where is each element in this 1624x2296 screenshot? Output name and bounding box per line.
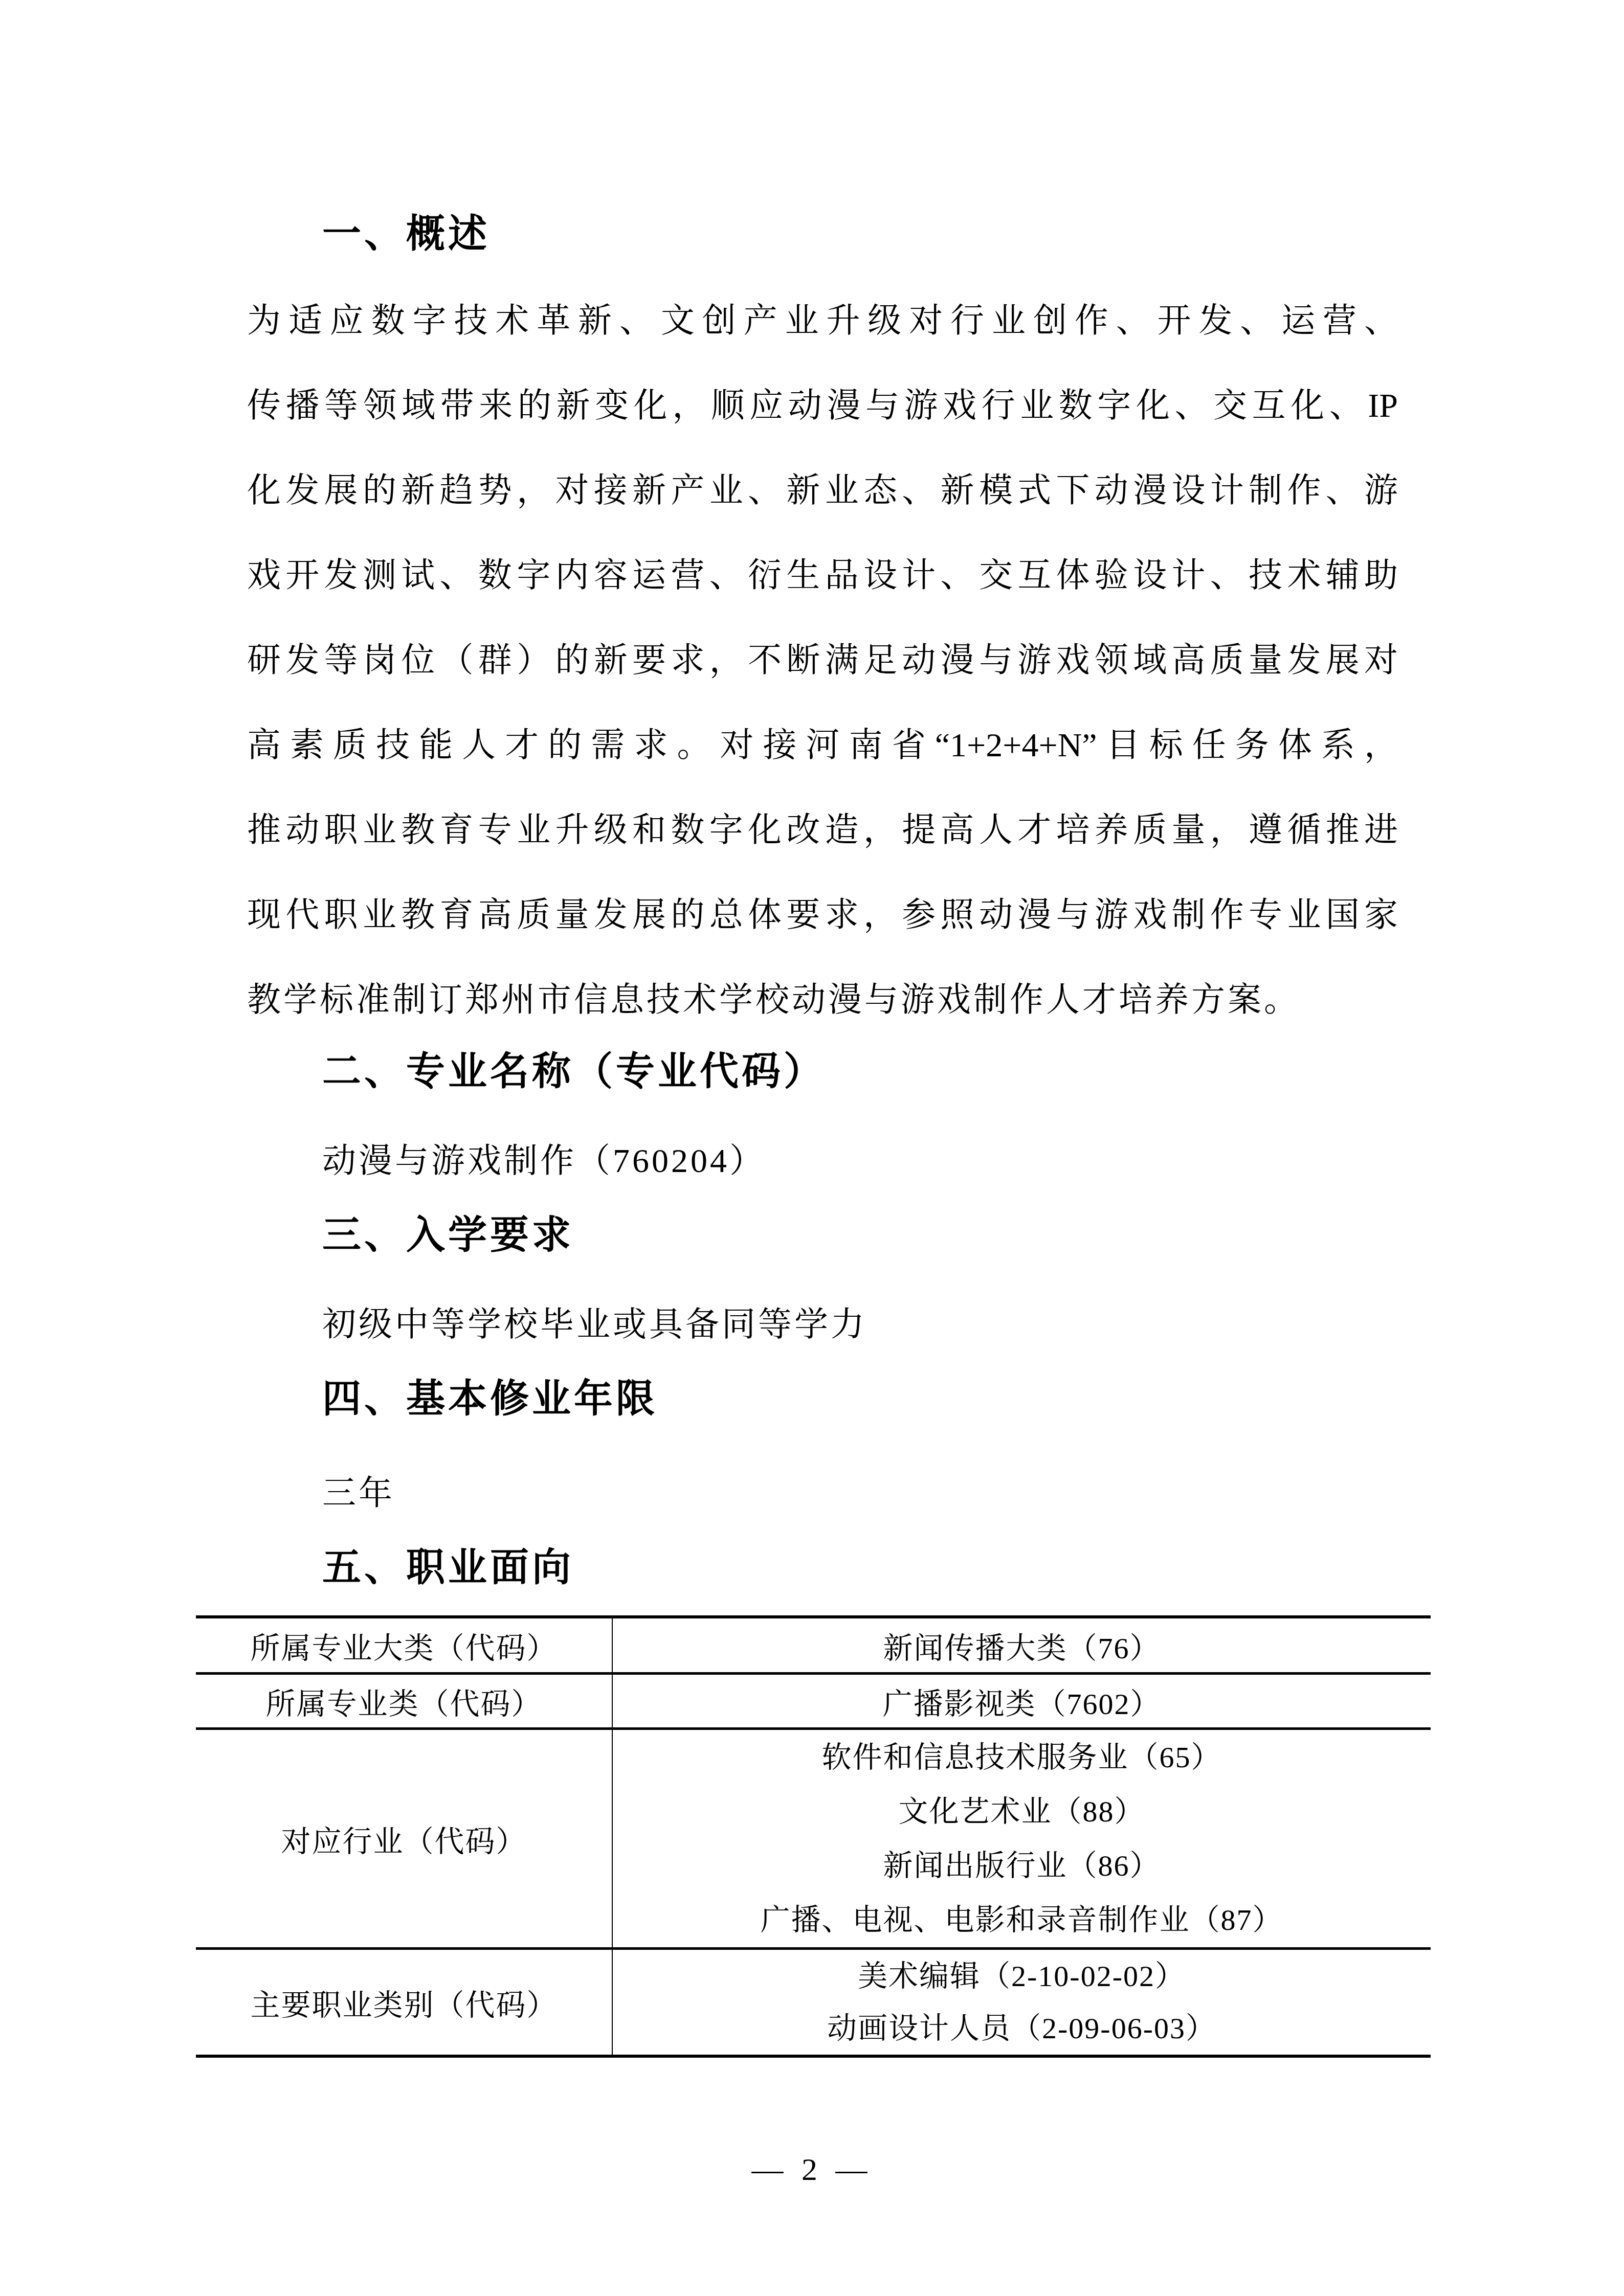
table-label-occupations: 主要职业类别（代码） [196, 1950, 613, 2055]
page-number: — 2 — [0, 2154, 1624, 2186]
entry-requirements-value: 初级中等学校毕业或具备同等学力 [322, 1308, 867, 1342]
table-label-major-category: 所属专业大类（代码） [196, 1618, 613, 1672]
table-value-line: 文化艺术业（88） [613, 1785, 1431, 1839]
table-value-cell: 软件和信息技术服务业（65） 文化艺术业（88） 新闻出版行业（86） 广播、电… [613, 1730, 1431, 1947]
table-row: 所属专业类（代码） 广播影视类（7602） [196, 1675, 1431, 1730]
document-page: 一、概述 为适应数字技术革新、文创产业升级对行业创作、开发、运营、 传播等领域带… [0, 0, 1624, 2296]
major-name-value: 动漫与游戏制作（760204） [322, 1144, 766, 1178]
table-label-industries: 对应行业（代码） [196, 1730, 613, 1947]
paragraph-line: 为适应数字技术革新、文创产业升级对行业创作、开发、运营、 [247, 279, 1398, 364]
table-value-line: 动画设计人员（2-09-06-03） [613, 2002, 1431, 2055]
paragraph-line: 推动职业教育专业升级和数字化改造，提高人才培养质量，遵循推进 [247, 788, 1398, 873]
table-row: 所属专业大类（代码） 新闻传播大类（76） [196, 1618, 1431, 1675]
table-value-line: 新闻出版行业（86） [613, 1839, 1431, 1893]
table-value-line: 软件和信息技术服务业（65） [613, 1730, 1431, 1785]
table-value-line: 广播影视类（7602） [613, 1680, 1431, 1723]
table-value-cell: 美术编辑（2-10-02-02） 动画设计人员（2-09-06-03） [613, 1950, 1431, 2055]
section-heading-study-duration: 四、基本修业年限 [322, 1380, 658, 1419]
career-orientation-table: 所属专业大类（代码） 新闻传播大类（76） 所属专业类（代码） 广播影视类（76… [196, 1615, 1431, 2058]
table-value-cell: 新闻传播大类（76） [613, 1618, 1431, 1672]
paragraph-line: 高素质技能人才的需求。对接河南省“1+2+4+N”目标任务体系， [247, 703, 1398, 788]
section-heading-career-orientation: 五、职业面向 [322, 1548, 574, 1587]
overview-paragraph: 为适应数字技术革新、文创产业升级对行业创作、开发、运营、 传播等领域带来的新变化… [247, 279, 1398, 1043]
section-heading-overview: 一、概述 [322, 215, 490, 254]
study-duration-value: 三年 [322, 1477, 395, 1511]
paragraph-line: 现代职业教育高质量发展的总体要求，参照动漫与游戏制作专业国家 [247, 873, 1398, 958]
table-row: 主要职业类别（代码） 美术编辑（2-10-02-02） 动画设计人员（2-09-… [196, 1950, 1431, 2055]
table-value-line: 广播、电视、电影和录音制作业（87） [613, 1893, 1431, 1947]
table-label-major-class: 所属专业类（代码） [196, 1675, 613, 1727]
table-value-line: 美术编辑（2-10-02-02） [613, 1950, 1431, 2002]
table-row: 对应行业（代码） 软件和信息技术服务业（65） 文化艺术业（88） 新闻出版行业… [196, 1730, 1431, 1950]
paragraph-line: 戏开发测试、数字内容运营、衍生品设计、交互体验设计、技术辅助 [247, 533, 1398, 618]
paragraph-line: 传播等领域带来的新变化，顺应动漫与游戏行业数字化、交互化、IP [247, 364, 1398, 448]
table-value-line: 新闻传播大类（76） [613, 1624, 1431, 1667]
paragraph-line: 教学标准制订郑州市信息技术学校动漫与游戏制作人才培养方案。 [247, 958, 1398, 1043]
table-value-cell: 广播影视类（7602） [613, 1675, 1431, 1727]
paragraph-line: 研发等岗位（群）的新要求，不断满足动漫与游戏领域高质量发展对 [247, 618, 1398, 703]
paragraph-line: 化发展的新趋势，对接新产业、新业态、新模式下动漫设计制作、游 [247, 448, 1398, 533]
section-heading-entry-requirements: 三、入学要求 [322, 1216, 574, 1255]
section-heading-major-name: 二、专业名称（专业代码） [322, 1052, 826, 1091]
